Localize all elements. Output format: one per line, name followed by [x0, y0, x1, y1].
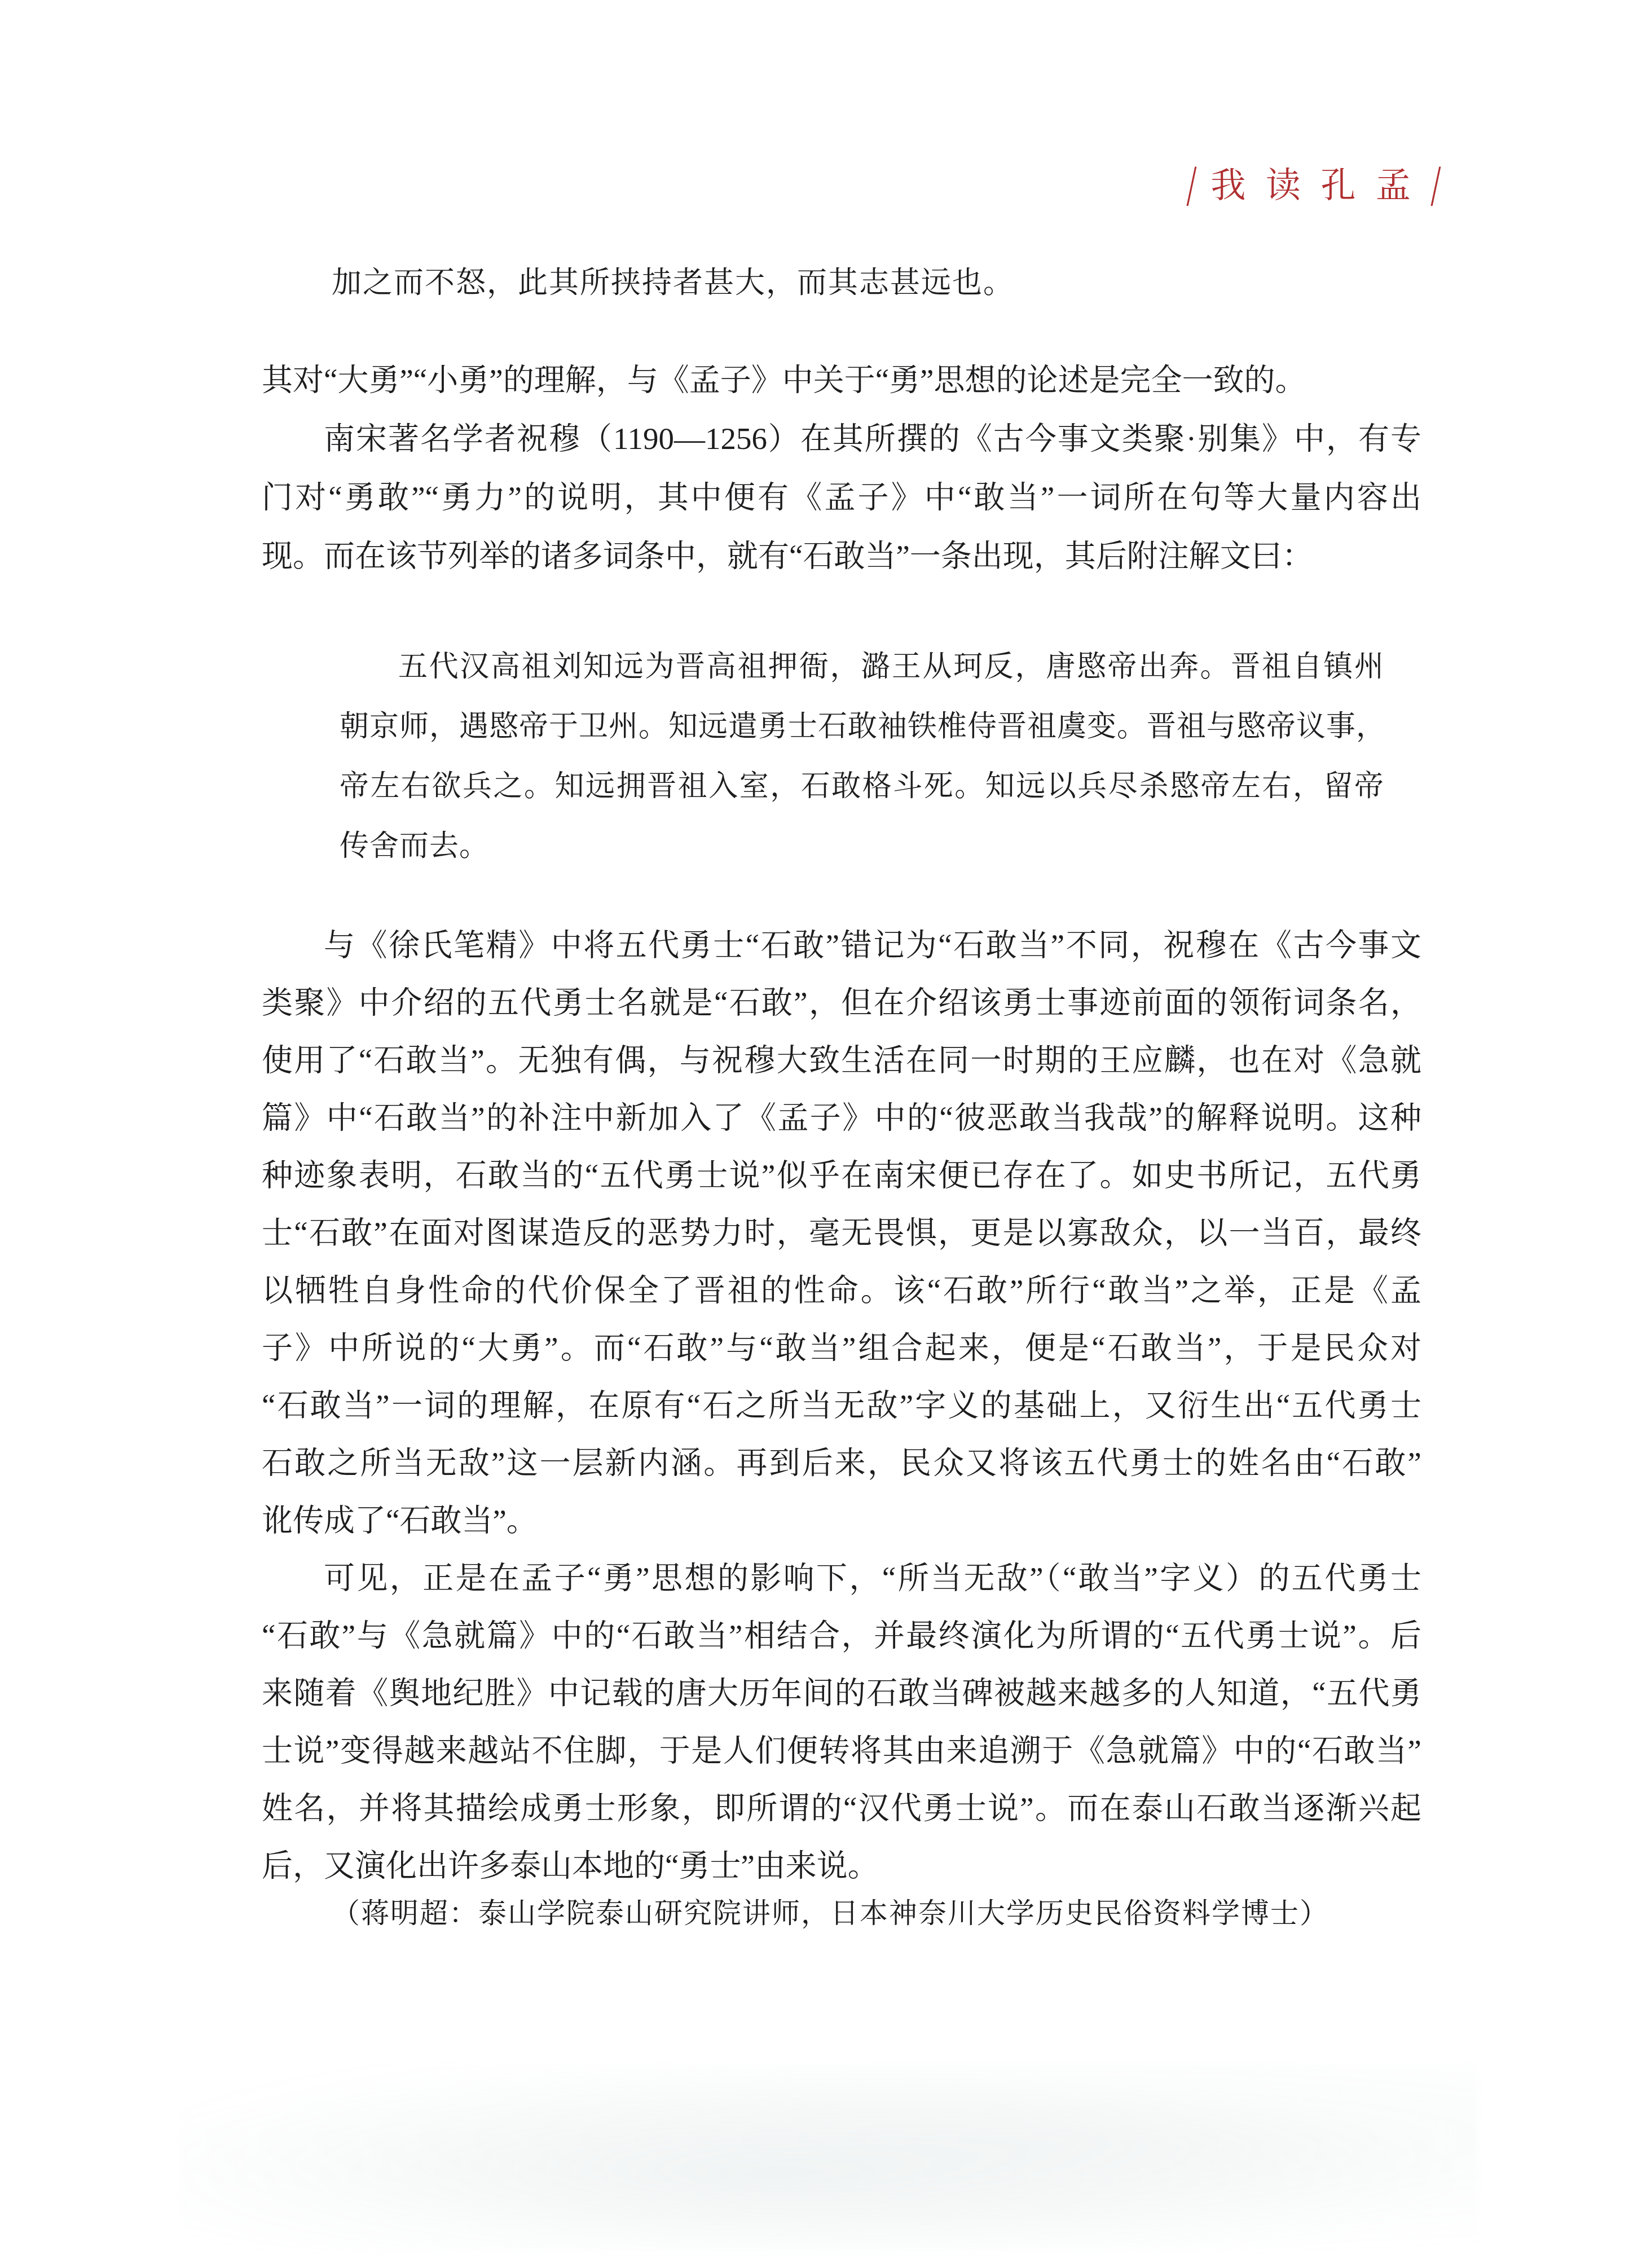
running-head-right-slash: /	[1431, 157, 1441, 215]
body-line: 种迹象表明，石敢当的“五代勇士说”似乎在南宋便已存在了。如史书所记，五代勇	[262, 1147, 1421, 1204]
book-page: / 我 读 孔 孟 / 加之而不怒，此其所挟持者甚大，而其志甚远也。 其对“大勇…	[0, 0, 1629, 2268]
body-line: 现。而在该节列举的诸多词条中，就有“石敢当”一条出现，其后附注解文曰：	[262, 527, 1421, 585]
page-show-through-artifact	[180, 2064, 1478, 2251]
body-line: 使用了“石敢当”。无独有偶，与祝穆大致生活在同一时期的王应麟，也在对《急就	[262, 1032, 1421, 1089]
body-line: 以牺牲自身性命的代价保全了晋祖的性命。该“石敢”所行“敢当”之举，正是《孟	[262, 1262, 1421, 1319]
body-line: 士说”变得越来越站不住脚，于是人们便转将其由来追溯于《急就篇》中的“石敢当”	[262, 1722, 1421, 1780]
body-line: 姓名，并将其描绘成勇士形象，即所谓的“汉代勇士说”。而在泰山石敢当逐渐兴起	[262, 1780, 1421, 1837]
body-line: 篇》中“石敢当”的补注中新加入了《孟子》中的“彼恶敢当我哉”的解释说明。这种	[262, 1089, 1421, 1147]
paragraph-block-top: 其对“大勇”“小勇”的理解，与《孟子》中关于“勇”思想的论述是完全一致的。 南宋…	[262, 351, 1421, 585]
body-line: 门对“勇敢”“勇力”的说明，其中便有《孟子》中“敢当”一词所在句等大量内容出	[262, 468, 1421, 527]
quote-line: 帝左右欲兵之。知远拥晋祖入室，石敢格斗死。知远以兵尽杀愍帝左右，留帝	[340, 757, 1384, 817]
opening-quote-block: 加之而不怒，此其所挟持者甚大，而其志甚远也。	[332, 254, 1426, 312]
body-line: 南宋著名学者祝穆（1190—1256）在其所撰的《古今事文类聚·别集》中，有专	[262, 409, 1421, 468]
body-line: 来随着《舆地纪胜》中记载的唐大历年间的石敢当碑被越来越多的人知道，“五代勇	[262, 1664, 1421, 1722]
body-line: “石敢”与《急就篇》中的“石敢当”相结合，并最终演化为所谓的“五代勇士说”。后	[262, 1607, 1421, 1664]
quote-line: 朝京师，遇愍帝于卫州。知远遣勇士石敢袖铁椎侍晋祖虞变。晋祖与愍帝议事，	[340, 697, 1384, 757]
body-line: “石敢当”一词的理解，在原有“石之所当无敌”字义的基础上，又衍生出“五代勇士	[262, 1377, 1421, 1434]
body-line: 类聚》中介绍的五代勇士名就是“石敢”，但在介绍该勇士事迹前面的领衔词条名，	[262, 974, 1421, 1032]
quote-line: 五代汉高祖刘知远为晋高祖押衙，潞王从珂反，唐愍帝出奔。晋祖自镇州	[340, 637, 1384, 697]
body-line: 与《徐氏笔精》中将五代勇士“石敢”错记为“石敢当”不同，祝穆在《古今事文	[262, 917, 1421, 974]
running-head: / 我 读 孔 孟 /	[1183, 157, 1444, 215]
body-line: 士“石敢”在面对图谋造反的恶势力时，毫无畏惧，更是以寡敌众，以一当百，最终	[262, 1204, 1421, 1262]
running-head-left-slash: /	[1186, 157, 1196, 215]
opening-quote-line: 加之而不怒，此其所挟持者甚大，而其志甚远也。	[332, 254, 1426, 312]
body-line: 讹传成了“石敢当”。	[262, 1492, 1421, 1549]
running-head-title: 我 读 孔 孟	[1211, 166, 1417, 206]
classical-blockquote: 五代汉高祖刘知远为晋高祖押衙，潞王从珂反，唐愍帝出奔。晋祖自镇州 朝京师，遇愍帝…	[340, 637, 1384, 877]
body-line: 后，又演化出许多泰山本地的“勇士”由来说。	[262, 1837, 1421, 1895]
body-line: 子》中所说的“大勇”。而“石敢”与“敢当”组合起来，便是“石敢当”，于是民众对	[262, 1319, 1421, 1377]
quote-line: 传舍而去。	[340, 817, 1384, 877]
body-line: 可见，正是在孟子“勇”思想的影响下，“所当无敌”（“敢当”字义）的五代勇士	[262, 1549, 1421, 1607]
body-line: 其对“大勇”“小勇”的理解，与《孟子》中关于“勇”思想的论述是完全一致的。	[262, 351, 1421, 409]
paragraph-block-main: 与《徐氏笔精》中将五代勇士“石敢”错记为“石敢当”不同，祝穆在《古今事文 类聚》…	[262, 917, 1421, 1895]
attribution-text: （蒋明超：泰山学院泰山研究院讲师，日本神奈川大学历史民俗资料学博士）	[332, 1897, 1329, 1929]
author-attribution: （蒋明超：泰山学院泰山研究院讲师，日本神奈川大学历史民俗资料学博士）	[332, 1891, 1426, 1936]
body-line: 石敢之所当无敌”这一层新内涵。再到后来，民众又将该五代勇士的姓名由“石敢”	[262, 1434, 1421, 1492]
